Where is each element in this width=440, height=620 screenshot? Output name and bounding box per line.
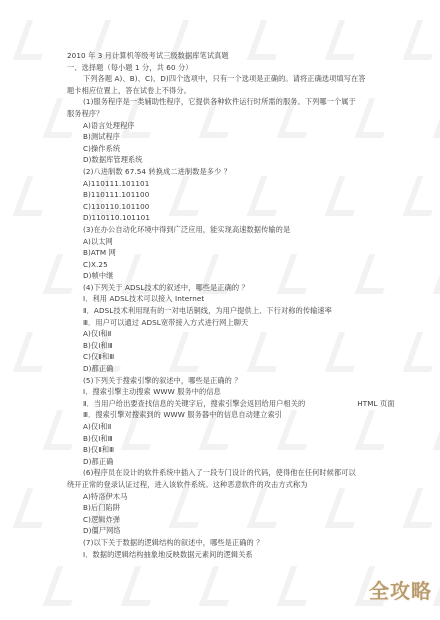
statement: Ⅲ．搜索引擎对搜索到的 WWW 服务器中的信息自动建立索引	[67, 409, 407, 421]
option: A)特洛伊木马	[67, 491, 407, 503]
watermark-mark	[433, 254, 440, 294]
option: B)仅Ⅱ和Ⅲ	[67, 444, 407, 456]
watermark-mark	[277, 566, 320, 606]
watermark-mark	[403, 20, 440, 60]
statement: Ⅱ．当用户给出要查找信息的关键字后，搜索引擎会返回给用户相关的HTML 页面	[67, 398, 407, 410]
watermark-mark	[433, 566, 440, 606]
option: D)都正确	[67, 456, 407, 468]
question-stem: 绕开正常的登录认证过程，进入该软件系统。这种恶意软件的攻击方式称为	[67, 479, 407, 491]
option: D)都正确	[67, 363, 407, 375]
option: A)仅Ⅰ和Ⅱ	[67, 328, 407, 340]
statement: Ⅰ．数据的逻辑结构抽象地反映数据元素间的逻辑关系	[67, 549, 407, 561]
option: A)仅Ⅰ和Ⅱ	[67, 421, 407, 433]
question-stem: (6)程序员在设计的软件系统中插入了一段专门设计的代码，使得他在任何时候都可以	[67, 467, 407, 479]
option: B)仅Ⅰ和Ⅲ	[67, 340, 407, 352]
instructions-line: 下列各题 A)、B)、C)、D)四个选项中，只有一个选项是正确的。请将正确选项填…	[67, 73, 407, 85]
watermark-mark	[121, 566, 164, 606]
option: B)ATM 网	[67, 247, 407, 259]
statement-text: Ⅱ．当用户给出要查找信息的关键字后，搜索引擎会返回给用户相关的	[83, 399, 305, 408]
watermark-mark	[403, 332, 440, 372]
option: D)帧中继	[67, 270, 407, 282]
question-stem: (1)服务程序是一类辅助性程序，它提供各种软件运行时所需的服务。下列哪一个属于	[67, 96, 407, 108]
option: B)仅Ⅰ和Ⅲ	[67, 433, 407, 445]
watermark-mark	[13, 488, 56, 528]
watermark-mark	[403, 488, 440, 528]
option: C)仅Ⅱ和Ⅲ	[67, 351, 407, 363]
question-stem: (5)下列关于搜索引擎的叙述中，哪些是正确的 ？	[67, 375, 407, 387]
exam-document: 2010 年 3 月计算机等级考试三级数据库笔试真题 一、选择题（每小题 1 分…	[67, 50, 407, 560]
option: C)逻辑炸弹	[67, 514, 407, 526]
watermark-mark	[199, 566, 242, 606]
document-title: 2010 年 3 月计算机等级考试三级数据库笔试真题	[67, 50, 407, 62]
option: A)以太网	[67, 236, 407, 248]
option: A)110111.101101	[67, 178, 407, 190]
watermark-mark	[13, 176, 56, 216]
instructions-line: 题卡相应位置上，答在试卷上不得分。	[67, 85, 407, 97]
option: D)僵尸网络	[67, 525, 407, 537]
option: C)110110.101100	[67, 201, 407, 213]
statement: Ⅱ．ADSL技术利用现有的一对电话铜线，为用户提供上、下行对称的传输速率	[67, 305, 407, 317]
section-heading: 一、选择题（每小题 1 分，共 60 分）	[67, 62, 407, 74]
option: B)110111.101100	[67, 189, 407, 201]
option: C)操作系统	[67, 143, 407, 155]
question-stem: (7)以下关于数据的逻辑结构的叙述中，哪些是正确的 ？	[67, 537, 407, 549]
watermark-mark	[403, 176, 440, 216]
statement: Ⅰ．搜索引擎主动搜索 WWW 服务中的信息	[67, 386, 407, 398]
watermark-mark	[433, 98, 440, 138]
site-logo-watermark: 全攻略	[369, 575, 432, 604]
statement-tail: HTML 页面	[357, 399, 394, 408]
statement: Ⅰ．利用 ADSL技术可以接入 Internet	[67, 293, 407, 305]
question-stem: (3)在办公自动化环境中得到广泛应用，能实现高速数据传输的是	[67, 224, 407, 236]
question-stem: (4)下列关于 ADSL技术的叙述中，哪些是正确的 ？	[67, 282, 407, 294]
option: C)X.25	[67, 259, 407, 271]
question-stem: 服务程序？	[67, 108, 407, 120]
option: D)数据库管理系统	[67, 154, 407, 166]
option: D)110110.101101	[67, 212, 407, 224]
watermark-mark	[43, 566, 86, 606]
watermark-mark	[13, 20, 56, 60]
watermark-mark	[433, 410, 440, 450]
question-stem: (2)八进制数 67.54 转换成二进制数是多少 ？	[67, 166, 407, 178]
watermark-mark	[13, 332, 56, 372]
option: B)后门陷阱	[67, 502, 407, 514]
option: A)语言处理程序	[67, 120, 407, 132]
option: B)测试程序	[67, 131, 407, 143]
statement: Ⅲ．用户可以通过 ADSL宽带接入方式进行网上聊天	[67, 317, 407, 329]
